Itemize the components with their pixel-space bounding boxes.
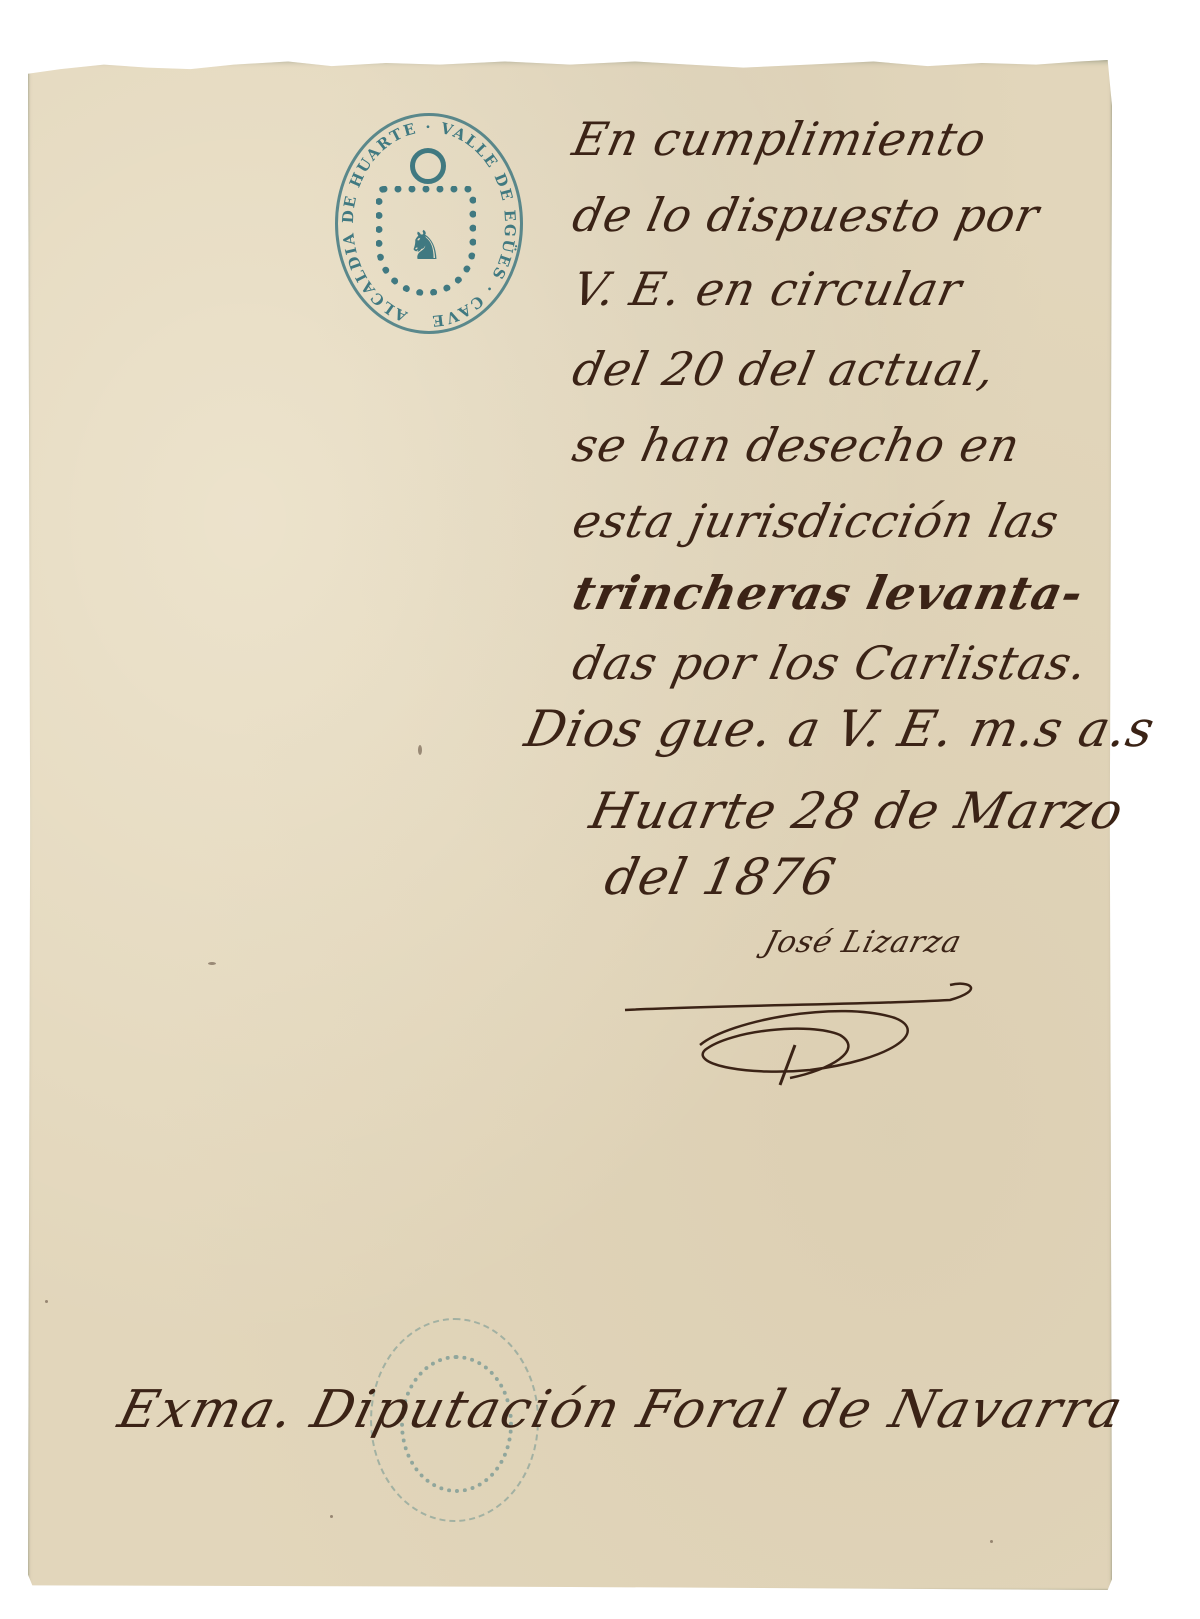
year-line: del 1876 xyxy=(600,848,841,906)
body-line-5: se han desecho en xyxy=(568,418,1025,472)
body-line-7: trincheras levanta- xyxy=(568,566,1088,620)
lion-rampant-icon: ♞ xyxy=(400,221,450,271)
paper-speck xyxy=(45,1300,48,1303)
municipal-seal-top: ALCALDIA DE HUARTE · VALLE DE EGÜES · CA… xyxy=(335,113,523,334)
body-line-6: esta jurisdicción las xyxy=(568,494,1064,548)
signature: José Lizarza xyxy=(760,925,965,960)
body-line-8: das por los Carlistas. xyxy=(568,636,1093,690)
paper-speck xyxy=(418,745,422,755)
body-line-1: En cumplimiento xyxy=(568,112,992,166)
paper-speck xyxy=(330,1515,333,1518)
paper-speck xyxy=(208,962,216,965)
body-line-3: V. E. en circular xyxy=(568,262,967,316)
body-line-4: del 20 del actual, xyxy=(568,342,1001,396)
rubric-flourish-icon xyxy=(610,960,1030,1090)
addressee-line: Exma. Diputación Foral de Navarra xyxy=(113,1380,1130,1440)
paper-speck xyxy=(990,1540,993,1543)
crest-helmet-icon xyxy=(410,148,446,184)
closing-line: Dios gue. a V. E. m.s a.s xyxy=(520,700,1160,758)
place-date-line: Huarte 28 de Marzo xyxy=(585,782,1129,840)
body-line-2: de lo dispuesto por xyxy=(568,188,1044,242)
